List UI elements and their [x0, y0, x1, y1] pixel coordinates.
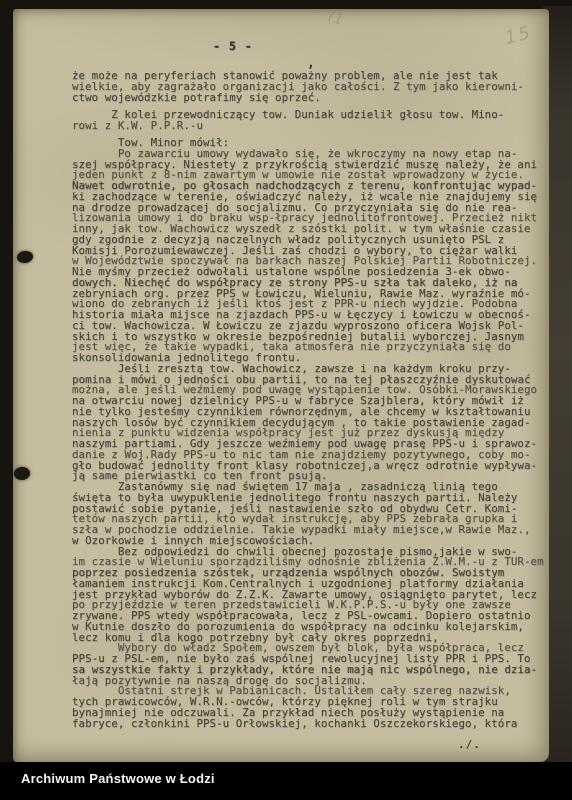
paragraph-block-chairman: Z kolei przewodniczący tow. Duniak udzie… — [72, 110, 558, 132]
document-page: (1 - 5 - , 15 że może na peryferiach sta… — [13, 9, 549, 762]
paragraph-block-intro: że może na peryferiach stanowić poważny … — [72, 71, 558, 103]
handwritten-mark: (1 — [326, 7, 345, 28]
text-line: Ostatni strejk w Pabianicach. Ustaliłem … — [72, 686, 558, 697]
text-line: rowi z K.W. P.P.R.-u — [72, 121, 558, 132]
text-line: można, ale jeśli weźmiemy pod uwagę wyst… — [72, 385, 558, 396]
handwritten-mark: 15 — [503, 22, 534, 49]
text-line: szła w pochodzie oddzielnie. Takie wypad… — [72, 525, 558, 536]
text-line: inny, jak tow. Wachowicz wyszedł z szóst… — [72, 224, 558, 235]
text-line: jest więc, że takie wypadki, taka atmosf… — [72, 342, 558, 353]
page-number: - 5 - — [213, 39, 253, 53]
hole-punch — [14, 466, 31, 480]
text-line: nienia z punktu widzenia współpracy jest… — [72, 428, 558, 439]
text-line: fabryce, członkini PPS-u Orłowskiej, koc… — [72, 719, 558, 730]
hole-punch — [16, 250, 34, 264]
text-line: ją same pierwiastki co ten front psują. — [72, 471, 558, 482]
archive-watermark-label: Archiwum Państwowe w Łodzi — [21, 771, 215, 786]
text-line: w Województwie spoczywał na barkach nasz… — [72, 256, 558, 267]
text-line: Po zawarciu umowy wydawało się, że wkroc… — [72, 149, 558, 160]
archive-watermark-bar: Archiwum Państwowe w Łodzi — [0, 762, 572, 800]
text-line: ctwo wojewódzkie potrafimy się oprzeć. — [72, 93, 558, 104]
end-of-page-mark: ./. — [458, 738, 481, 751]
text-line: Wybory do władz Społem, owszem był blok,… — [72, 643, 558, 654]
text-line: im czasie w Wieluniu sporządziliśmy odno… — [72, 557, 558, 568]
text-line: wielkie, aby zagrażało organizacji jako … — [72, 82, 558, 93]
paragraph-block-speech: Tow. Minor mówił: Po zawarciu umowy wyda… — [72, 138, 558, 729]
text-line: jeden punkt z 8-nim zawartym w umowie ni… — [72, 170, 558, 181]
text-line: danie z Woj.Rady PPS-u to nic tam nie zn… — [72, 450, 558, 461]
text-line: po przyjeździe w teren przedstawicieli W… — [72, 600, 558, 611]
text-line: wiono do zebranych iż jeśli ktoś jest z … — [72, 299, 558, 310]
